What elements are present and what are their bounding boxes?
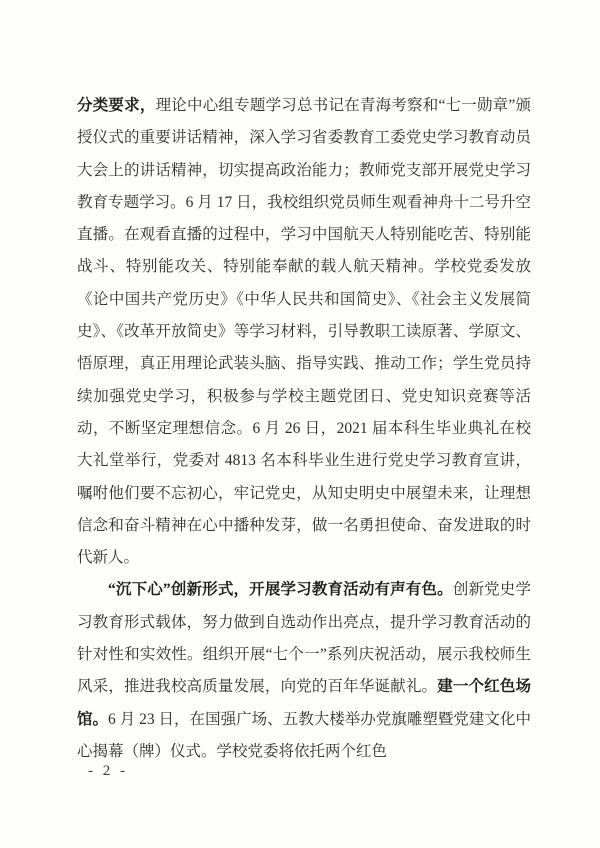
bold-section-heading-text: “沉下心”创新形式，开展学习教育活动有声有色。 — [108, 581, 453, 598]
paragraph-body-text: 理论中心组专题学习总书记在青海考察和“七一勋章”颁授仪式的重要讲话精神，深入学习… — [77, 97, 531, 566]
paragraph-continuation: 分类要求，理论中心组专题学习总书记在青海考察和“七一勋章”颁授仪式的重要讲话精神… — [77, 90, 531, 574]
document-body: 分类要求，理论中心组专题学习总书记在青海考察和“七一勋章”颁授仪式的重要讲话精神… — [77, 90, 531, 768]
paragraph-chenxiaxin: “沉下心”创新形式，开展学习教育活动有声有色。创新党史学习教育形式载体，努力做到… — [77, 574, 531, 768]
document-page: 分类要求，理论中心组专题学习总书记在青海考察和“七一勋章”颁授仪式的重要讲话精神… — [0, 0, 600, 848]
paragraph-body-text: 6 月 23 日，在国强广场、五教大楼举办党旗雕塑暨党建文化中心揭幕（牌）仪式。… — [77, 711, 531, 760]
page-number: - 2 - — [88, 760, 128, 782]
bold-lead-in-text: 分类要求， — [77, 97, 156, 114]
